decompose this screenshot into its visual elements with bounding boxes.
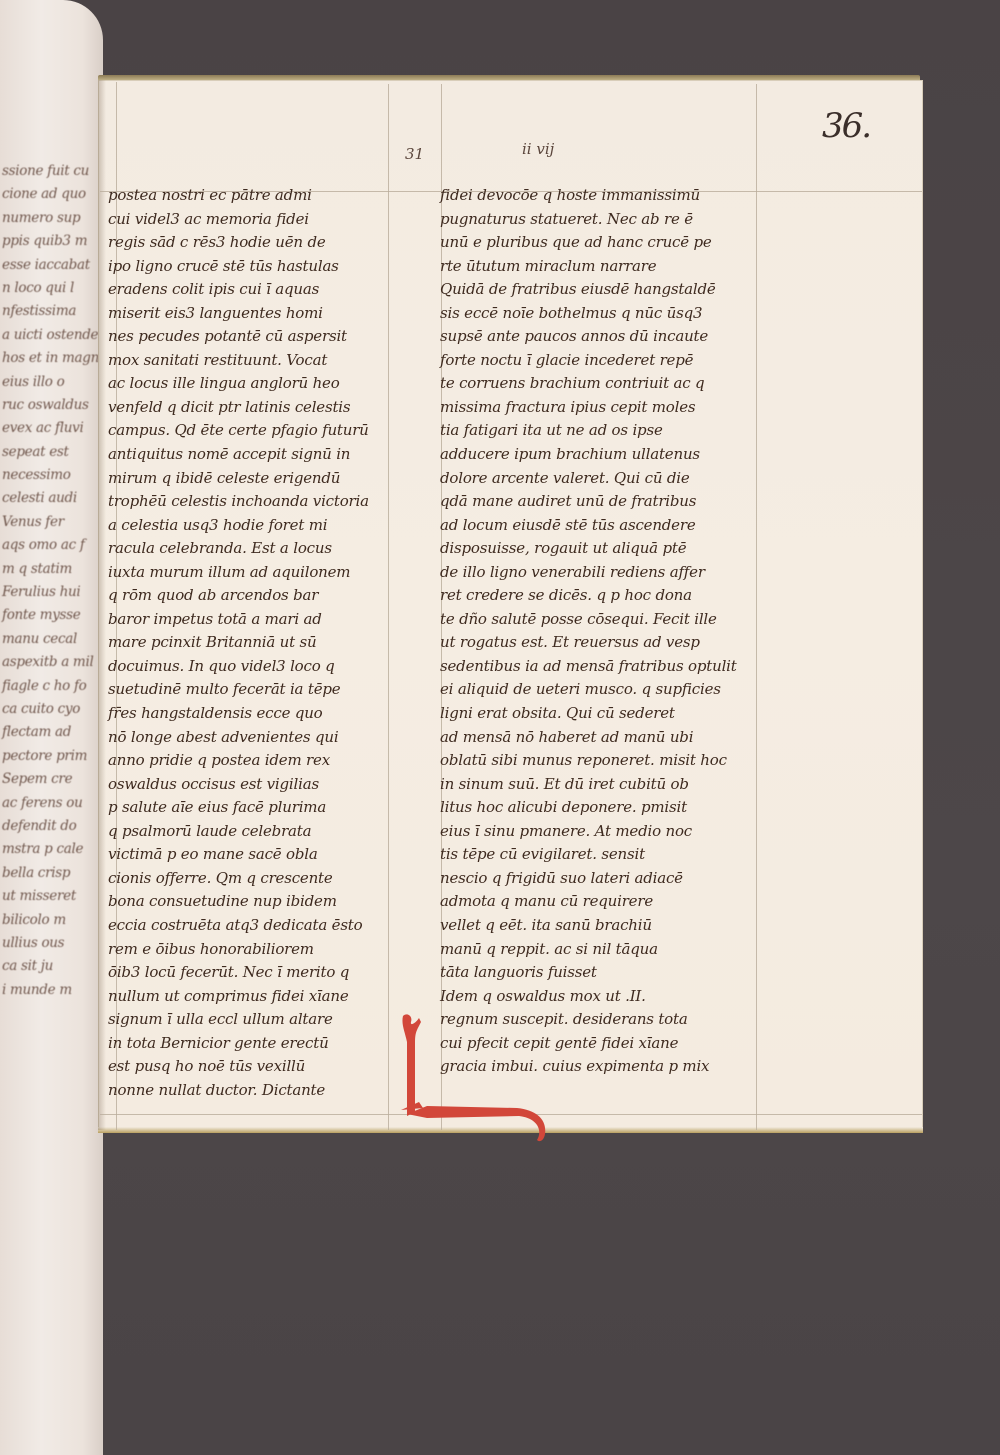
text-column-right: fidei devocōe q hoste immanissimūpugnatu… xyxy=(440,184,765,1079)
text-line: q rōm quod ab arcendos bar xyxy=(108,584,393,608)
text-line: missima fractura ipius cepit moles xyxy=(440,396,765,420)
text-line: in tota Bernicior gente erectū xyxy=(108,1032,393,1056)
text-line: postea nostri ec pātre admi xyxy=(108,184,393,208)
verso-text-fragment: ssione fuit cucione ad quonumero supppis… xyxy=(2,160,103,1002)
text-line: signum ī ulla eccl ullum altare xyxy=(108,1008,393,1032)
verso-text-line: fonte mysse xyxy=(2,604,103,627)
text-line: est pusq ho noē tūs vexillū xyxy=(108,1055,393,1079)
text-line: ligni erat obsita. Qui cū sederet xyxy=(440,702,765,726)
verso-text-line: ac ferens ou xyxy=(2,792,103,815)
verso-text-line: ssione fuit cu xyxy=(2,160,103,183)
text-line: suetudinē multo fecerāt ia tēpe xyxy=(108,678,393,702)
verso-text-line: esse iaccabat xyxy=(2,254,103,277)
text-line: ei aliquid de ueteri musco. q supficies xyxy=(440,678,765,702)
text-line: mox sanitati restituunt. Vocat xyxy=(108,349,393,373)
verso-text-line: fiagle c ho fo xyxy=(2,675,103,698)
text-line: dolore arcente valeret. Qui cū die xyxy=(440,467,765,491)
text-line: ōib3 locū fecerūt. Nec ī merito q xyxy=(108,961,393,985)
verso-text-line: sepeat est xyxy=(2,441,103,464)
text-line: nes pecudes potantē cū aspersit xyxy=(108,325,393,349)
text-line: adducere ipum brachium ullatenus xyxy=(440,443,765,467)
folio-number: 36. xyxy=(822,106,870,146)
facing-page-verso: ssione fuit cucione ad quonumero supppis… xyxy=(0,0,103,1455)
verso-text-line: eius illo o xyxy=(2,371,103,394)
decorated-initial-red xyxy=(397,1012,552,1147)
verso-text-line: ca sit ju xyxy=(2,955,103,978)
text-line: campus. Qd ēte certe pfagio futurū xyxy=(108,419,393,443)
verso-text-line: Venus fer xyxy=(2,511,103,534)
text-line: antiquitus nomē accepit signū in xyxy=(108,443,393,467)
verso-text-line: Sepem cre xyxy=(2,768,103,791)
verso-text-line: aqs omo ac f xyxy=(2,534,103,557)
text-line: sis eccē noīe bothelmus q nūc ūsq3 xyxy=(440,302,765,326)
text-line: sedentibus ia ad mensā fratribus optulit xyxy=(440,655,765,679)
text-line: eradens colit ipis cui ī aquas xyxy=(108,278,393,302)
text-line: docuimus. In quo videl3 loco q xyxy=(108,655,393,679)
text-line: vellet q eēt. ita sanū brachiū xyxy=(440,914,765,938)
text-line: te corruens brachium contriuit ac q xyxy=(440,372,765,396)
text-line: nō longe abest advenientes qui xyxy=(108,726,393,750)
text-line: cui videl3 ac memoria fidei xyxy=(108,208,393,232)
text-line: supsē ante paucos annos dū incaute xyxy=(440,325,765,349)
text-line: tia fatigari ita ut ne ad os ipse xyxy=(440,419,765,443)
text-line: nescio q frigidū suo lateri adiacē xyxy=(440,867,765,891)
verso-text-line: ppis quib3 m xyxy=(2,230,103,253)
text-line: pugnaturus statueret. Nec ab re ē xyxy=(440,208,765,232)
text-line: oblatū sibi munus reponeret. misit hoc xyxy=(440,749,765,773)
text-line: racula celebranda. Est a locus xyxy=(108,537,393,561)
verso-text-line: flectam ad xyxy=(2,721,103,744)
text-line: miserit eis3 languentes homi xyxy=(108,302,393,326)
verso-text-line: ca cuito cyo xyxy=(2,698,103,721)
verso-text-line: i munde m xyxy=(2,979,103,1002)
text-line: baror impetus totā a mari ad xyxy=(108,608,393,632)
text-line: regis sād c rēs3 hodie uēn de xyxy=(108,231,393,255)
text-line: unū e pluribus que ad hanc crucē pe xyxy=(440,231,765,255)
verso-text-line: numero sup xyxy=(2,207,103,230)
text-line: oswaldus occisus est vigilias xyxy=(108,773,393,797)
verso-text-line: manu cecal xyxy=(2,628,103,651)
verso-text-line: celesti audi xyxy=(2,487,103,510)
text-line: eius ī sinu pmanere. At medio noc xyxy=(440,820,765,844)
verso-text-line: evex ac fluvi xyxy=(2,417,103,440)
text-line: forte noctu ī glacie incederet repē xyxy=(440,349,765,373)
text-line: bona consuetudine nup ibidem xyxy=(108,890,393,914)
text-line: ret credere se dicēs. q p hoc dona xyxy=(440,584,765,608)
text-line: fr̄es hangstaldensis ecce quo xyxy=(108,702,393,726)
text-line: ad locum eiusdē stē tūs ascendere xyxy=(440,514,765,538)
verso-text-line: cione ad quo xyxy=(2,183,103,206)
text-line: rte ūtutum miraclum narrare xyxy=(440,255,765,279)
verso-text-line: a uicti ostende xyxy=(2,324,103,347)
verso-text-line: bilicolo m xyxy=(2,909,103,932)
text-line: litus hoc alicubi deponere. pmisit xyxy=(440,796,765,820)
text-line: trophēū celestis inchoanda victoria xyxy=(108,490,393,514)
text-line: in sinum suū. Et dū iret cubitū ob xyxy=(440,773,765,797)
verso-text-line: pectore prim xyxy=(2,745,103,768)
text-line: mirum q ibidē celeste erigendū xyxy=(108,467,393,491)
verso-text-line: hos et in magn xyxy=(2,347,103,370)
verso-text-line: ullius ous xyxy=(2,932,103,955)
text-column-left: postea nostri ec pātre admicui videl3 ac… xyxy=(108,184,393,1102)
text-line: admota q manu cū requirere xyxy=(440,890,765,914)
text-line: te dño salutē posse cōsequi. Fecit ille xyxy=(440,608,765,632)
text-line: ad mensā nō haberet ad manū ubi xyxy=(440,726,765,750)
text-line: tis tēpe cū evigilaret. sensit xyxy=(440,843,765,867)
old-foliation-roman: ii vij xyxy=(522,140,554,158)
text-line: qdā mane audiret unū de fratribus xyxy=(440,490,765,514)
text-line: ac locus ille lingua anglorū heo xyxy=(108,372,393,396)
text-line: p salute aīe eius facē plurima xyxy=(108,796,393,820)
text-line: manū q reppit. ac si nil tāqua xyxy=(440,938,765,962)
text-line: victimā p eo mane sacē obla xyxy=(108,843,393,867)
text-line: rem e ōibus honorabiliorem xyxy=(108,938,393,962)
text-line: iuxta murum illum ad aquilonem xyxy=(108,561,393,585)
verso-text-line: ruc oswaldus xyxy=(2,394,103,417)
verso-text-line: m q statim xyxy=(2,558,103,581)
text-line: venfeld q dicit ptr latinis celestis xyxy=(108,396,393,420)
verso-text-line: defendit do xyxy=(2,815,103,838)
verso-text-line: Ferulius hui xyxy=(2,581,103,604)
text-line: nullum ut comprimus fidei xīane xyxy=(108,985,393,1009)
text-line: anno pridie q postea idem rex xyxy=(108,749,393,773)
text-line: eccia costruēta atq3 dedicata ēsto xyxy=(108,914,393,938)
verso-text-line: aspexitb a mil xyxy=(2,651,103,674)
old-foliation-31: 31 xyxy=(405,145,424,163)
verso-text-line: bella crisp xyxy=(2,862,103,885)
text-line: mare pcinxit Britanniā ut sū xyxy=(108,631,393,655)
text-line: disposuisse, rogauit ut aliquā ptē xyxy=(440,537,765,561)
text-line: q psalmorū laude celebrata xyxy=(108,820,393,844)
text-line: Quidā de fratribus eiusdē hangstaldē xyxy=(440,278,765,302)
text-line: Idem q oswaldus mox ut .II. xyxy=(440,985,765,1009)
verso-text-line: nfestissima xyxy=(2,300,103,323)
text-line: a celestia usq3 hodie foret mi xyxy=(108,514,393,538)
text-line: nonne nullat ductor. Dictante xyxy=(108,1079,393,1103)
text-line: cionis offerre. Qm q crescente xyxy=(108,867,393,891)
verso-text-line: n loco qui l xyxy=(2,277,103,300)
verso-text-line: ut misseret xyxy=(2,885,103,908)
text-line: de illo ligno venerabili rediens affer xyxy=(440,561,765,585)
gutter-shadow xyxy=(98,80,106,1130)
text-line: ut rogatus est. Et reuersus ad vesp xyxy=(440,631,765,655)
text-line: ipo ligno crucē stē tūs hastulas xyxy=(108,255,393,279)
verso-text-line: mstra p cale xyxy=(2,838,103,861)
verso-text-line: necessimo xyxy=(2,464,103,487)
text-line: fidei devocōe q hoste immanissimū xyxy=(440,184,765,208)
text-line: tāta languoris fuisset xyxy=(440,961,765,985)
